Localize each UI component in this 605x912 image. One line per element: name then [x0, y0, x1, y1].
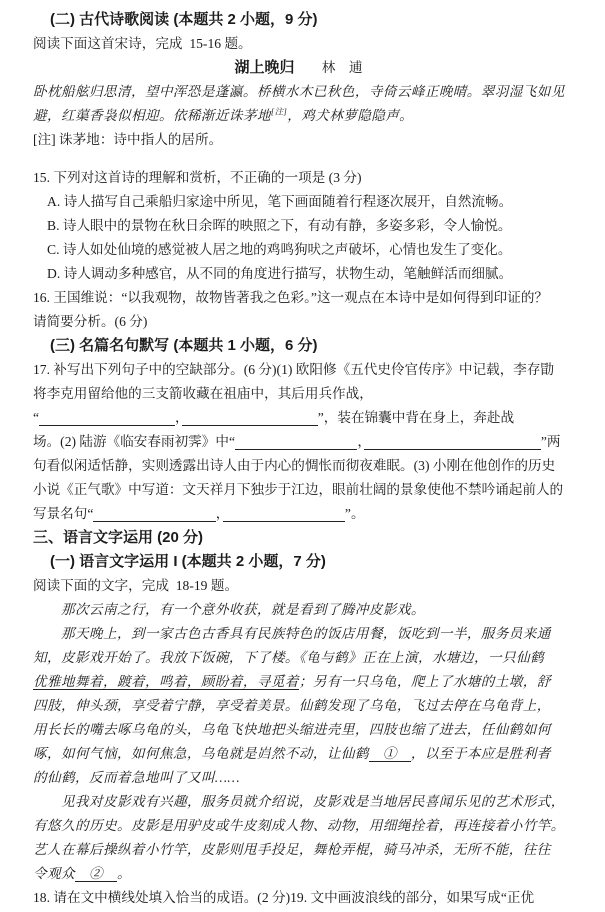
text-segment: 令观众	[33, 866, 75, 881]
poem-title: 湖上晚归	[235, 59, 295, 76]
poem-line-1: 卧枕船舷归思清，望中浑恐是蓬瀛。桥横水木已秋色，寺倚云峰正晚晴。翠羽湿飞如见	[33, 80, 597, 104]
passage-line-2: 那天晚上，到一家古色古香具有民族特色的饭店用餐，饭吃到一半，服务员来通	[33, 622, 597, 646]
text-segment: ”。	[345, 506, 365, 521]
text-segment: 知，皮影戏开始了。我放下饭碗，下了楼。《龟与鹤》正在上演，水塘边，一只仙鹤	[33, 650, 544, 665]
question-17-line-1: 17. 补写出下列句子中的空缺部分。(6 分)(1) 欧阳修《五代史伶官传序》中…	[33, 358, 597, 382]
text-segment: 四肢，伸头颈，享受着宁静，享受着美景。仙鹤发现了乌龟，飞过去停在乌龟背上，	[33, 698, 551, 713]
passage-line-6: 用长长的嘴去啄乌龟的头，乌龟飞快地把头缩进壳里，四肢也缩了进去，任仙鹤如何	[33, 718, 597, 742]
poem-line-2: 避，红蕖香袅似相迎。依稀渐近诛茅地[注]，鸡犬林萝隐隐声。	[33, 104, 597, 128]
text-segment: (一) 语言文字运用 I (本题共 2 小题，7 分)	[50, 553, 326, 570]
exam-page: (二) 古代诗歌阅读 (本题共 2 小题，9 分)阅读下面这首宋诗，完成 15-…	[0, 0, 605, 912]
text-segment: 三、语言文字运用 (20 分)	[33, 529, 203, 546]
text-segment: D. 诗人调动多种感官，从不同的角度进行描写，状物生动，笔触鲜活而细腻。	[47, 266, 512, 281]
text-segment: 有悠久的历史。皮影是用驴皮或牛皮刻成人物、动物，用细绳拴着，再连接着小竹竿。	[33, 818, 565, 833]
text-segment: 阅读下面的文字，完成 18-19 题。	[33, 578, 238, 593]
subsection-heading-language-1: (一) 语言文字运用 I (本题共 2 小题，7 分)	[33, 550, 597, 574]
text-segment: 那次云南之行，有一个意外收获，就是看到了腾冲皮影戏。	[61, 602, 425, 617]
text-segment: ，	[216, 506, 223, 521]
passage-line-11: 艺人在幕后操纵着小竹竿，皮影则甩手投足，舞枪弄棍，骑马冲杀，无所不能，往往	[33, 838, 597, 862]
text-segment: ，以至于本应是胜利者	[411, 746, 551, 761]
text-segment: 那天晚上，到一家古色古香具有民族特色的饭店用餐，饭吃到一半，服务员来通	[61, 626, 551, 641]
instruction-poetry: 阅读下面这首宋诗，完成 15-16 题。	[33, 32, 597, 56]
text-segment: B. 诗人眼中的景物在秋日余晖的映照之下，有动有静，多姿多彩，令人愉悦。	[47, 218, 511, 233]
blank-underline	[235, 434, 357, 450]
text-segment: 句看似闲适恬静，实则透露出诗人由于内心的惆怅而彻夜难眠。(3) 小刚在他创作的历…	[33, 458, 555, 473]
passage-line-7: 啄，如何气恼，如何焦急，乌龟就是岿然不动，让仙鹤 ① ，以至于本应是胜利者	[33, 742, 597, 766]
instruction-language: 阅读下面的文字，完成 18-19 题。	[33, 574, 597, 598]
blank-circled-2: ②	[75, 866, 117, 882]
text-segment: ；另有一只乌龟，爬上了水塘的土墩，舒	[299, 674, 551, 689]
blank-circled-1: ①	[369, 746, 411, 762]
text-segment: 避，红蕖香袅似相迎。依稀渐近诛茅地	[33, 108, 271, 123]
text-segment: 见我对皮影戏有兴趣，服务员就介绍说，皮影戏是当地居民喜闻乐见的艺术形式，	[61, 794, 565, 809]
question-17-line-6: 小说《正气歌》中写道：文天祥月下独步于江边，眼前壮阔的景象使他不禁吟诵起前人的	[33, 478, 597, 502]
text-segment: 17. 补写出下列句子中的空缺部分。(6 分)(1) 欧阳修《五代史伶官传序》中…	[33, 362, 554, 377]
text-segment: ”两	[541, 434, 561, 449]
passage-line-5: 四肢，伸头颈，享受着宁静，享受着美景。仙鹤发现了乌龟，飞过去停在乌龟背上，	[33, 694, 597, 718]
poem-author: 林 逋	[295, 60, 363, 75]
passage-line-12: 令观众 ② 。	[33, 862, 597, 886]
question-18-19-line: 18. 请在文中横线处填入恰当的成语。(2 分)19. 文中画波浪线的部分，如果…	[33, 886, 597, 910]
question-17-line-2: 将李克用留给他的三支箭收藏在祖庙中，其后用兵作战，	[33, 382, 597, 406]
section-heading-poetry: (二) 古代诗歌阅读 (本题共 2 小题，9 分)	[33, 8, 597, 32]
text-segment: 卧枕船舷归思清，望中浑恐是蓬瀛。桥横水木已秋色，寺倚云峰正晚晴。翠羽湿飞如见	[33, 84, 565, 99]
section-heading-language-use: 三、语言文字运用 (20 分)	[33, 526, 597, 550]
question-15: 15. 下列对这首诗的理解和赏析，不正确的一项是 (3 分)	[33, 166, 597, 190]
text-segment: 将李克用留给他的三支箭收藏在祖庙中，其后用兵作战，	[33, 386, 373, 401]
text-segment: 。	[117, 866, 131, 881]
text-segment: 阅读下面这首宋诗，完成 15-16 题。	[33, 36, 252, 51]
text-segment: ，鸡犬林萝隐隐声。	[287, 108, 413, 123]
question-16-line-1: 16. 王国维说：“以我观物，故物皆著我之色彩。”这一观点在本诗中是如何得到印证…	[33, 286, 597, 310]
question-16-line-2: 请简要分析。(6 分)	[33, 310, 597, 334]
blank-underline	[364, 434, 541, 450]
question-17-line-3: “ ， ”，装在锦囊中背在身上，奔赴战	[33, 406, 597, 430]
passage-line-4: 优雅地舞着，踱着，鸣着，顾盼着，寻觅着；另有一只乌龟，爬上了水塘的土墩，舒	[33, 670, 597, 694]
blank-underline	[182, 410, 318, 426]
wavy-underline-phrase: 优雅地舞着，踱着，鸣着，顾盼着，寻觅着	[33, 674, 299, 690]
text-segment: (二) 古代诗歌阅读 (本题共 2 小题，9 分)	[50, 11, 318, 28]
option-d: D. 诗人调动多种感官，从不同的角度进行描写，状物生动，笔触鲜活而细腻。	[33, 262, 597, 286]
note-superscript: [注]	[271, 106, 287, 116]
text-segment: 的仙鹤，反而着急地叫了又叫……	[33, 770, 240, 785]
passage-line-8: 的仙鹤，反而着急地叫了又叫……	[33, 766, 597, 790]
blank-underline	[93, 506, 215, 522]
passage-line-1: 那次云南之行，有一个意外收获，就是看到了腾冲皮影戏。	[33, 598, 597, 622]
text-segment: [注] 诛茅地：诗中指人的居所。	[33, 132, 222, 147]
blank-underline	[39, 410, 175, 426]
option-c: C. 诗人如处仙境的感觉被人居之地的鸡鸣狗吠之声破坏，心情也发生了变化。	[33, 238, 597, 262]
text-segment: A. 诗人描写自己乘船归家途中所见，笔下画面随着行程逐次展开，自然流畅。	[47, 194, 512, 209]
text-segment: 用长长的嘴去啄乌龟的头，乌龟飞快地把头缩进壳里，四肢也缩了进去，任仙鹤如何	[33, 722, 551, 737]
option-a: A. 诗人描写自己乘船归家途中所见，笔下画面随着行程逐次展开，自然流畅。	[33, 190, 597, 214]
text-segment: 小说《正气歌》中写道：文天祥月下独步于江边，眼前壮阔的景象使他不禁吟诵起前人的	[33, 482, 563, 497]
question-17-line-5: 句看似闲适恬静，实则透露出诗人由于内心的惆怅而彻夜难眠。(3) 小刚在他创作的历…	[33, 454, 597, 478]
section-heading-dictation: (三) 名篇名句默写 (本题共 1 小题，6 分)	[33, 334, 597, 358]
text-segment: 写景名句“	[33, 506, 93, 521]
note-line: [注] 诛茅地：诗中指人的居所。	[33, 128, 597, 152]
text-segment: ”，装在锦囊中背在身上，奔赴战	[318, 410, 514, 425]
text-segment: 16. 王国维说：“以我观物，故物皆著我之色彩。”这一观点在本诗中是如何得到印证…	[33, 290, 548, 305]
question-17-line-4: 场。(2) 陆游《临安春雨初霁》中“ ， ”两	[33, 430, 597, 454]
text-segment: 请简要分析。(6 分)	[33, 314, 147, 329]
passage-line-9: 见我对皮影戏有兴趣，服务员就介绍说，皮影戏是当地居民喜闻乐见的艺术形式，	[33, 790, 597, 814]
text-segment: ，	[175, 410, 182, 425]
passage-line-10: 有悠久的历史。皮影是用驴皮或牛皮刻成人物、动物，用细绳拴着，再连接着小竹竿。	[33, 814, 597, 838]
text-segment: 啄，如何气恼，如何焦急，乌龟就是岿然不动，让仙鹤	[33, 746, 369, 761]
question-17-line-7: 写景名句“ ， ”。	[33, 502, 597, 526]
poem-title-line: 湖上晚归 林 逋	[33, 56, 597, 80]
text-segment: 18. 请在文中横线处填入恰当的成语。(2 分)19. 文中画波浪线的部分，如果…	[33, 890, 534, 905]
option-b: B. 诗人眼中的景物在秋日余晖的映照之下，有动有静，多姿多彩，令人愉悦。	[33, 214, 597, 238]
text-segment: 15. 下列对这首诗的理解和赏析，不正确的一项是 (3 分)	[33, 170, 362, 185]
passage-line-3: 知，皮影戏开始了。我放下饭碗，下了楼。《龟与鹤》正在上演，水塘边，一只仙鹤	[33, 646, 597, 670]
text-segment: (三) 名篇名句默写 (本题共 1 小题，6 分)	[50, 337, 318, 354]
text-segment: 场。(2) 陆游《临安春雨初霁》中“	[33, 434, 235, 449]
blank-underline	[223, 506, 345, 522]
text-segment: 艺人在幕后操纵着小竹竿，皮影则甩手投足，舞枪弄棍，骑马冲杀，无所不能，往往	[33, 842, 551, 857]
text-segment: C. 诗人如处仙境的感觉被人居之地的鸡鸣狗吠之声破坏，心情也发生了变化。	[47, 242, 511, 257]
